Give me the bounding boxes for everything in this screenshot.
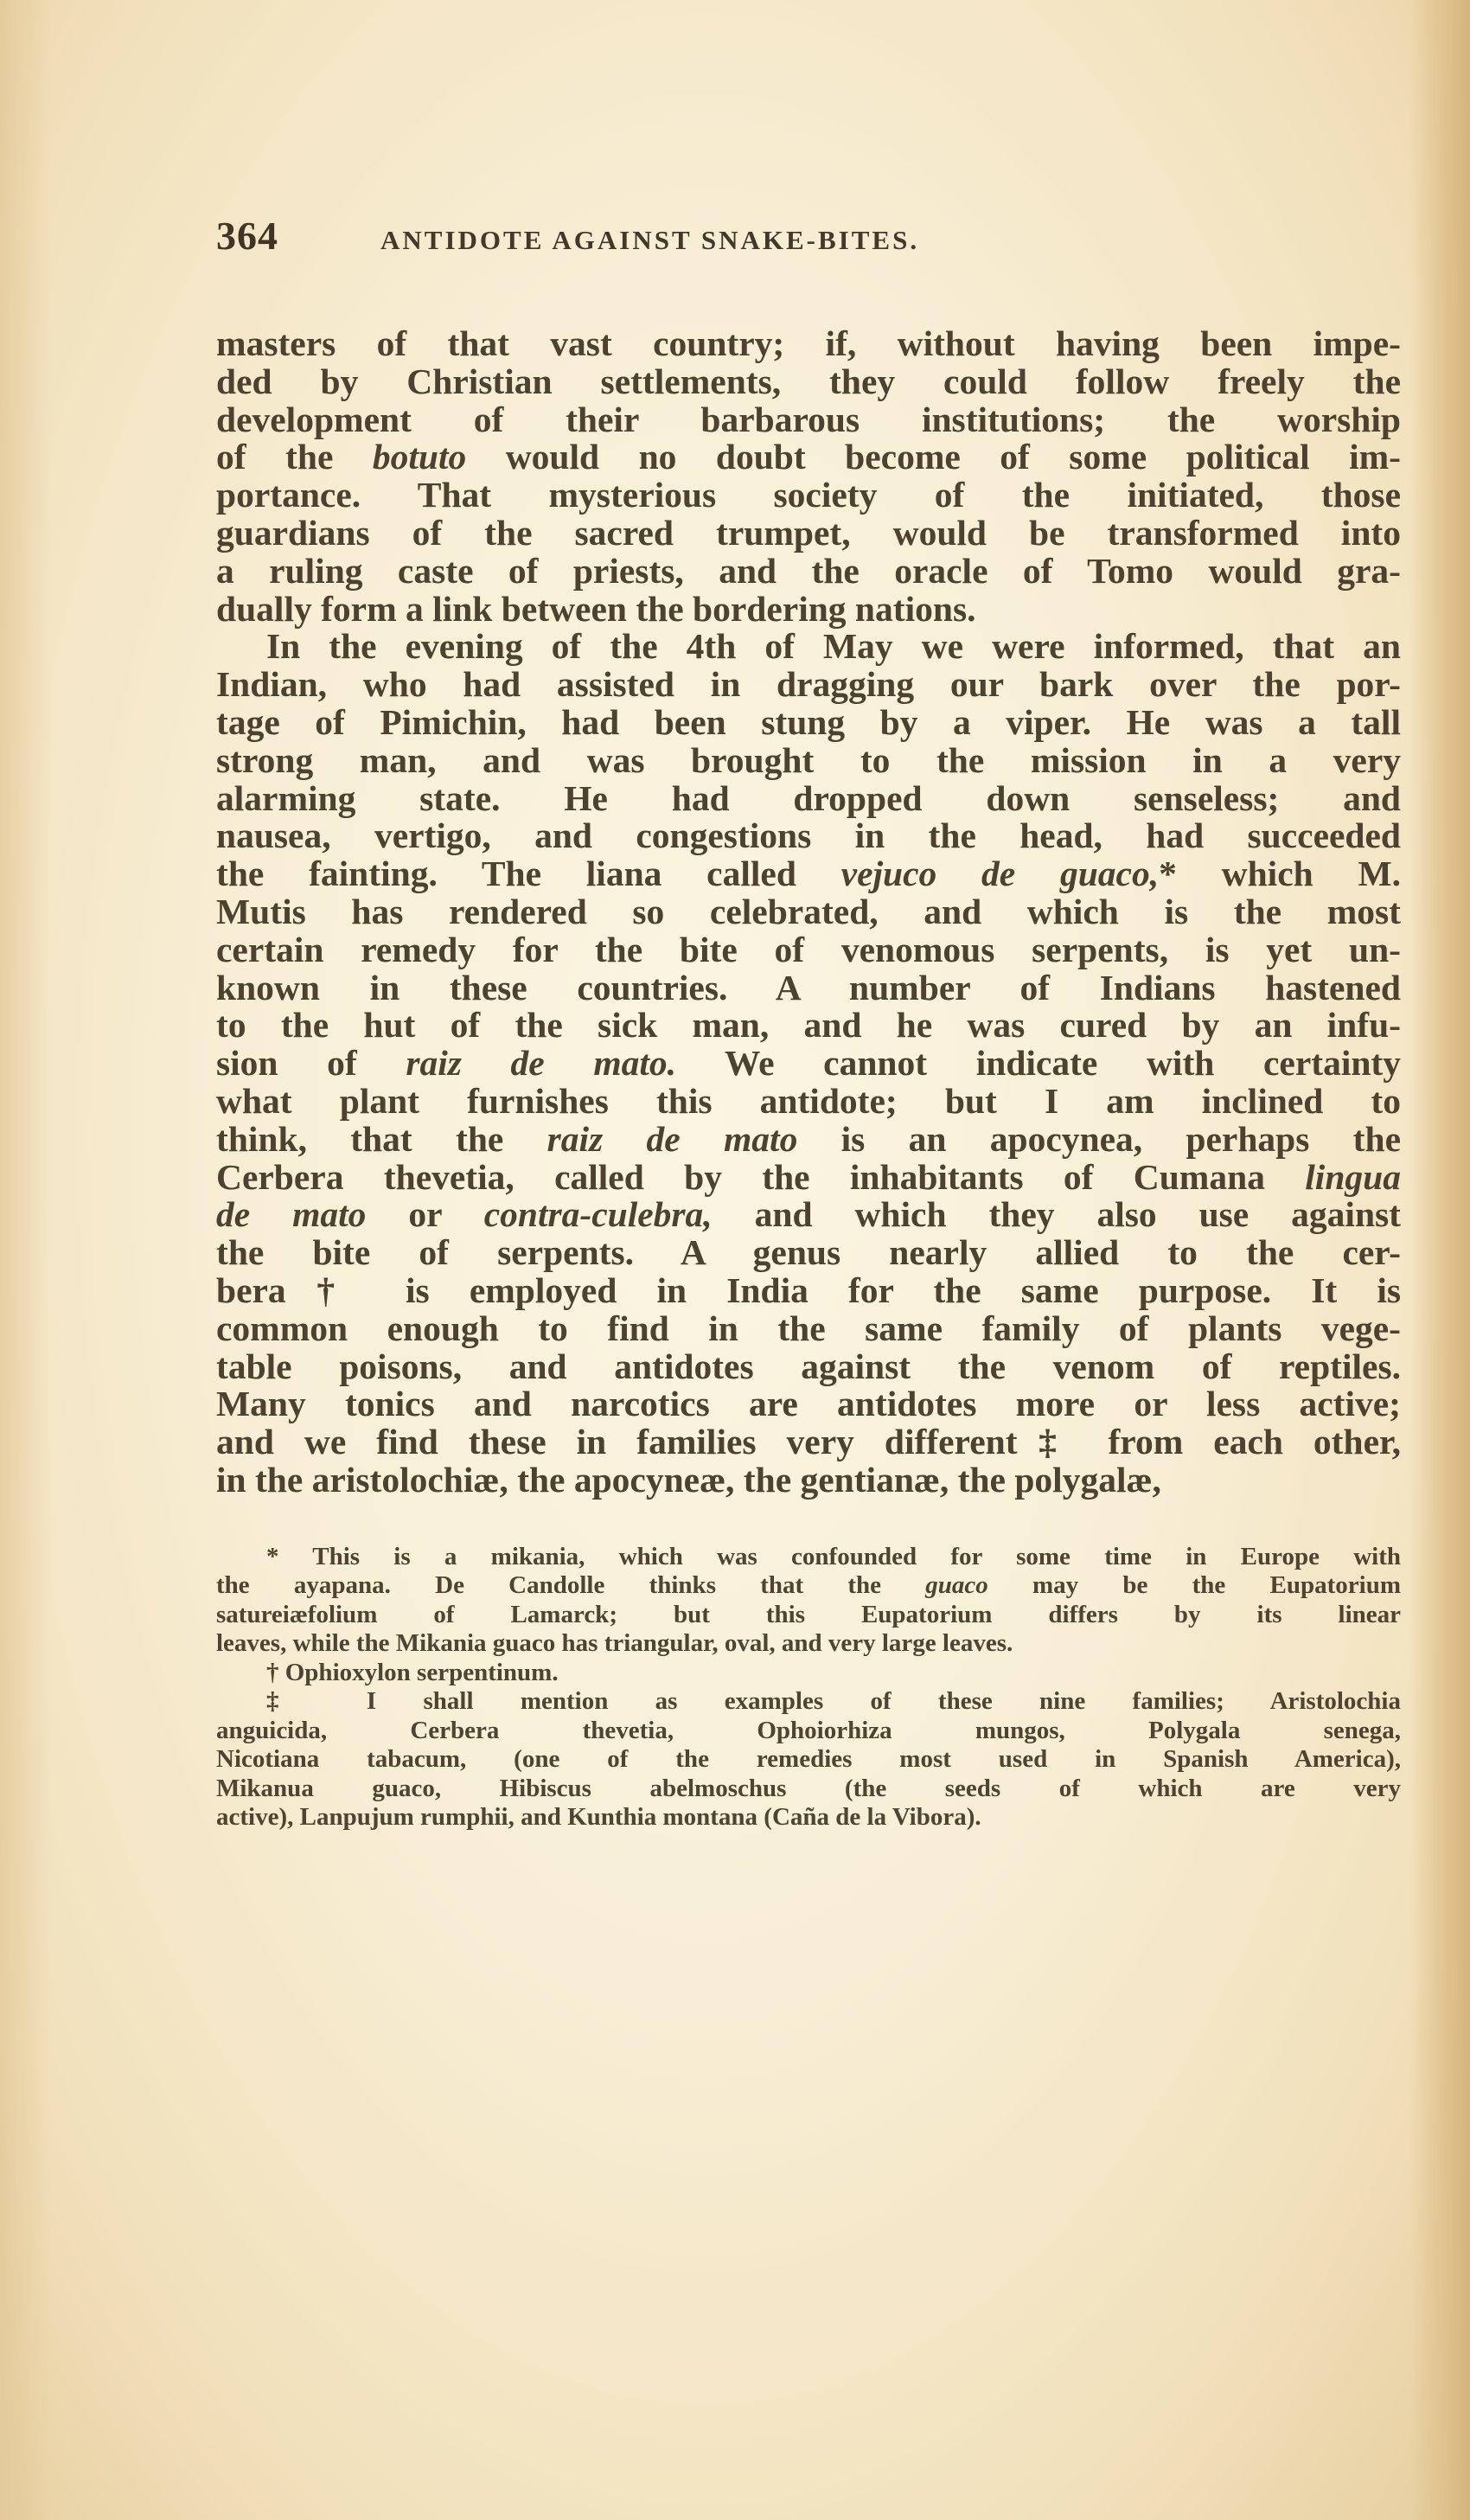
text-line: think, that the raiz de mato is an apocy… — [216, 1121, 1401, 1159]
running-title: ANTIDOTE AGAINST SNAKE-BITES. — [380, 225, 919, 256]
text-line: anguicida, Cerbera thevetia, Ophoiorhiza… — [216, 1717, 1401, 1746]
text-line: leaves, while the Mikania guaco has tria… — [216, 1629, 1401, 1659]
text-line: * This is a mikania, which was confounde… — [216, 1543, 1401, 1572]
text-line: common enough to find in the same family… — [216, 1310, 1401, 1348]
text-line: table poisons, and antidotes against the… — [216, 1348, 1401, 1386]
text-line: alarming state. He had dropped down sens… — [216, 780, 1401, 818]
book-page: 364 ANTIDOTE AGAINST SNAKE-BITES. master… — [216, 213, 1401, 1832]
text-line: † Ophioxylon serpentinum. — [216, 1659, 1401, 1688]
text-line: portance. That mysterious society of the… — [216, 476, 1401, 515]
text-line: ded by Christian settlements, they could… — [216, 363, 1401, 401]
footnotes: * This is a mikania, which was confounde… — [216, 1543, 1401, 1832]
page-left-edge-shadow — [0, 0, 52, 2520]
text-line: active), Lanpujum rumphii, and Kunthia m… — [216, 1803, 1401, 1832]
text-line: development of their barbarous instituti… — [216, 401, 1401, 439]
text-line: of the botuto would no doubt become of s… — [216, 438, 1401, 476]
page-number: 364 — [216, 213, 380, 259]
italic-term: raiz de mato. — [406, 1043, 676, 1083]
text-line: what plant furnishes this antidote; but … — [216, 1083, 1401, 1121]
text-line: Nicotiana tabacum, (one of the remedies … — [216, 1745, 1401, 1775]
text-line: strong man, and was brought to the missi… — [216, 742, 1401, 780]
text-line: in the aristolochiæ, the apocyneæ, the g… — [216, 1461, 1401, 1500]
text-line: ‡ I shall mention as examples of these n… — [216, 1687, 1401, 1717]
text-line: guardians of the sacred trumpet, would b… — [216, 515, 1401, 553]
body-text: masters of that vast country; if, withou… — [216, 325, 1401, 1500]
text-line: Mutis has rendered so celebrated, and wh… — [216, 893, 1401, 931]
text-line: the bite of serpents. A genus nearly all… — [216, 1234, 1401, 1272]
text-line: Cerbera thevetia, called by the inhabita… — [216, 1159, 1401, 1197]
paragraph: masters of that vast country; if, withou… — [216, 325, 1401, 628]
page-right-edge-shadow — [1409, 0, 1470, 2520]
text-line: nausea, vertigo, and congestions in the … — [216, 817, 1401, 855]
footnote-double-dagger: ‡ I shall mention as examples of these n… — [216, 1687, 1401, 1832]
text-line: known in these countries. A number of In… — [216, 969, 1401, 1007]
text-line: sion of raiz de mato. We cannot indicate… — [216, 1045, 1401, 1083]
italic-term: lingua — [1305, 1157, 1401, 1197]
footnote-asterisk: * This is a mikania, which was confounde… — [216, 1543, 1401, 1659]
text-line: the fainting. The liana called vejuco de… — [216, 855, 1401, 893]
text-line: bera† is employed in India for the same … — [216, 1272, 1401, 1310]
text-line: to the hut of the sick man, and he was c… — [216, 1007, 1401, 1045]
running-head: 364 ANTIDOTE AGAINST SNAKE-BITES. — [216, 213, 1401, 265]
text-line: the ayapana. De Candolle thinks that the… — [216, 1571, 1401, 1601]
text-line: In the evening of the 4th of May we were… — [216, 628, 1401, 666]
text-line: satureiæfolium of Lamarck; but this Eupa… — [216, 1601, 1401, 1630]
italic-term: raiz de mato — [547, 1119, 798, 1159]
italic-term: de mato — [216, 1194, 366, 1234]
text-line: Mikanua guaco, Hibiscus abelmoschus (the… — [216, 1775, 1401, 1804]
italic-term: vejuco de guaco, — [841, 854, 1159, 893]
italic-term: guaco — [925, 1571, 988, 1599]
text-line: tage of Pimichin, had been stung by a vi… — [216, 704, 1401, 742]
text-line: dually form a link between the bordering… — [216, 591, 1401, 629]
text-line: de mato or contra-culebra, and which the… — [216, 1196, 1401, 1234]
text-line: Indian, who had assisted in dragging our… — [216, 666, 1401, 704]
paragraph: In the evening of the 4th of May we were… — [216, 628, 1401, 1499]
text-line: certain remedy for the bite of venomous … — [216, 931, 1401, 969]
italic-term: contra-culebra, — [484, 1194, 713, 1234]
italic-term: botuto — [373, 437, 466, 476]
text-line: masters of that vast country; if, withou… — [216, 325, 1401, 363]
text-line: Many tonics and narcotics are antidotes … — [216, 1385, 1401, 1423]
text-line: a ruling caste of priests, and the oracl… — [216, 553, 1401, 591]
footnote-dagger: † Ophioxylon serpentinum. — [216, 1659, 1401, 1688]
text-line: and we find these in families very diffe… — [216, 1423, 1401, 1461]
